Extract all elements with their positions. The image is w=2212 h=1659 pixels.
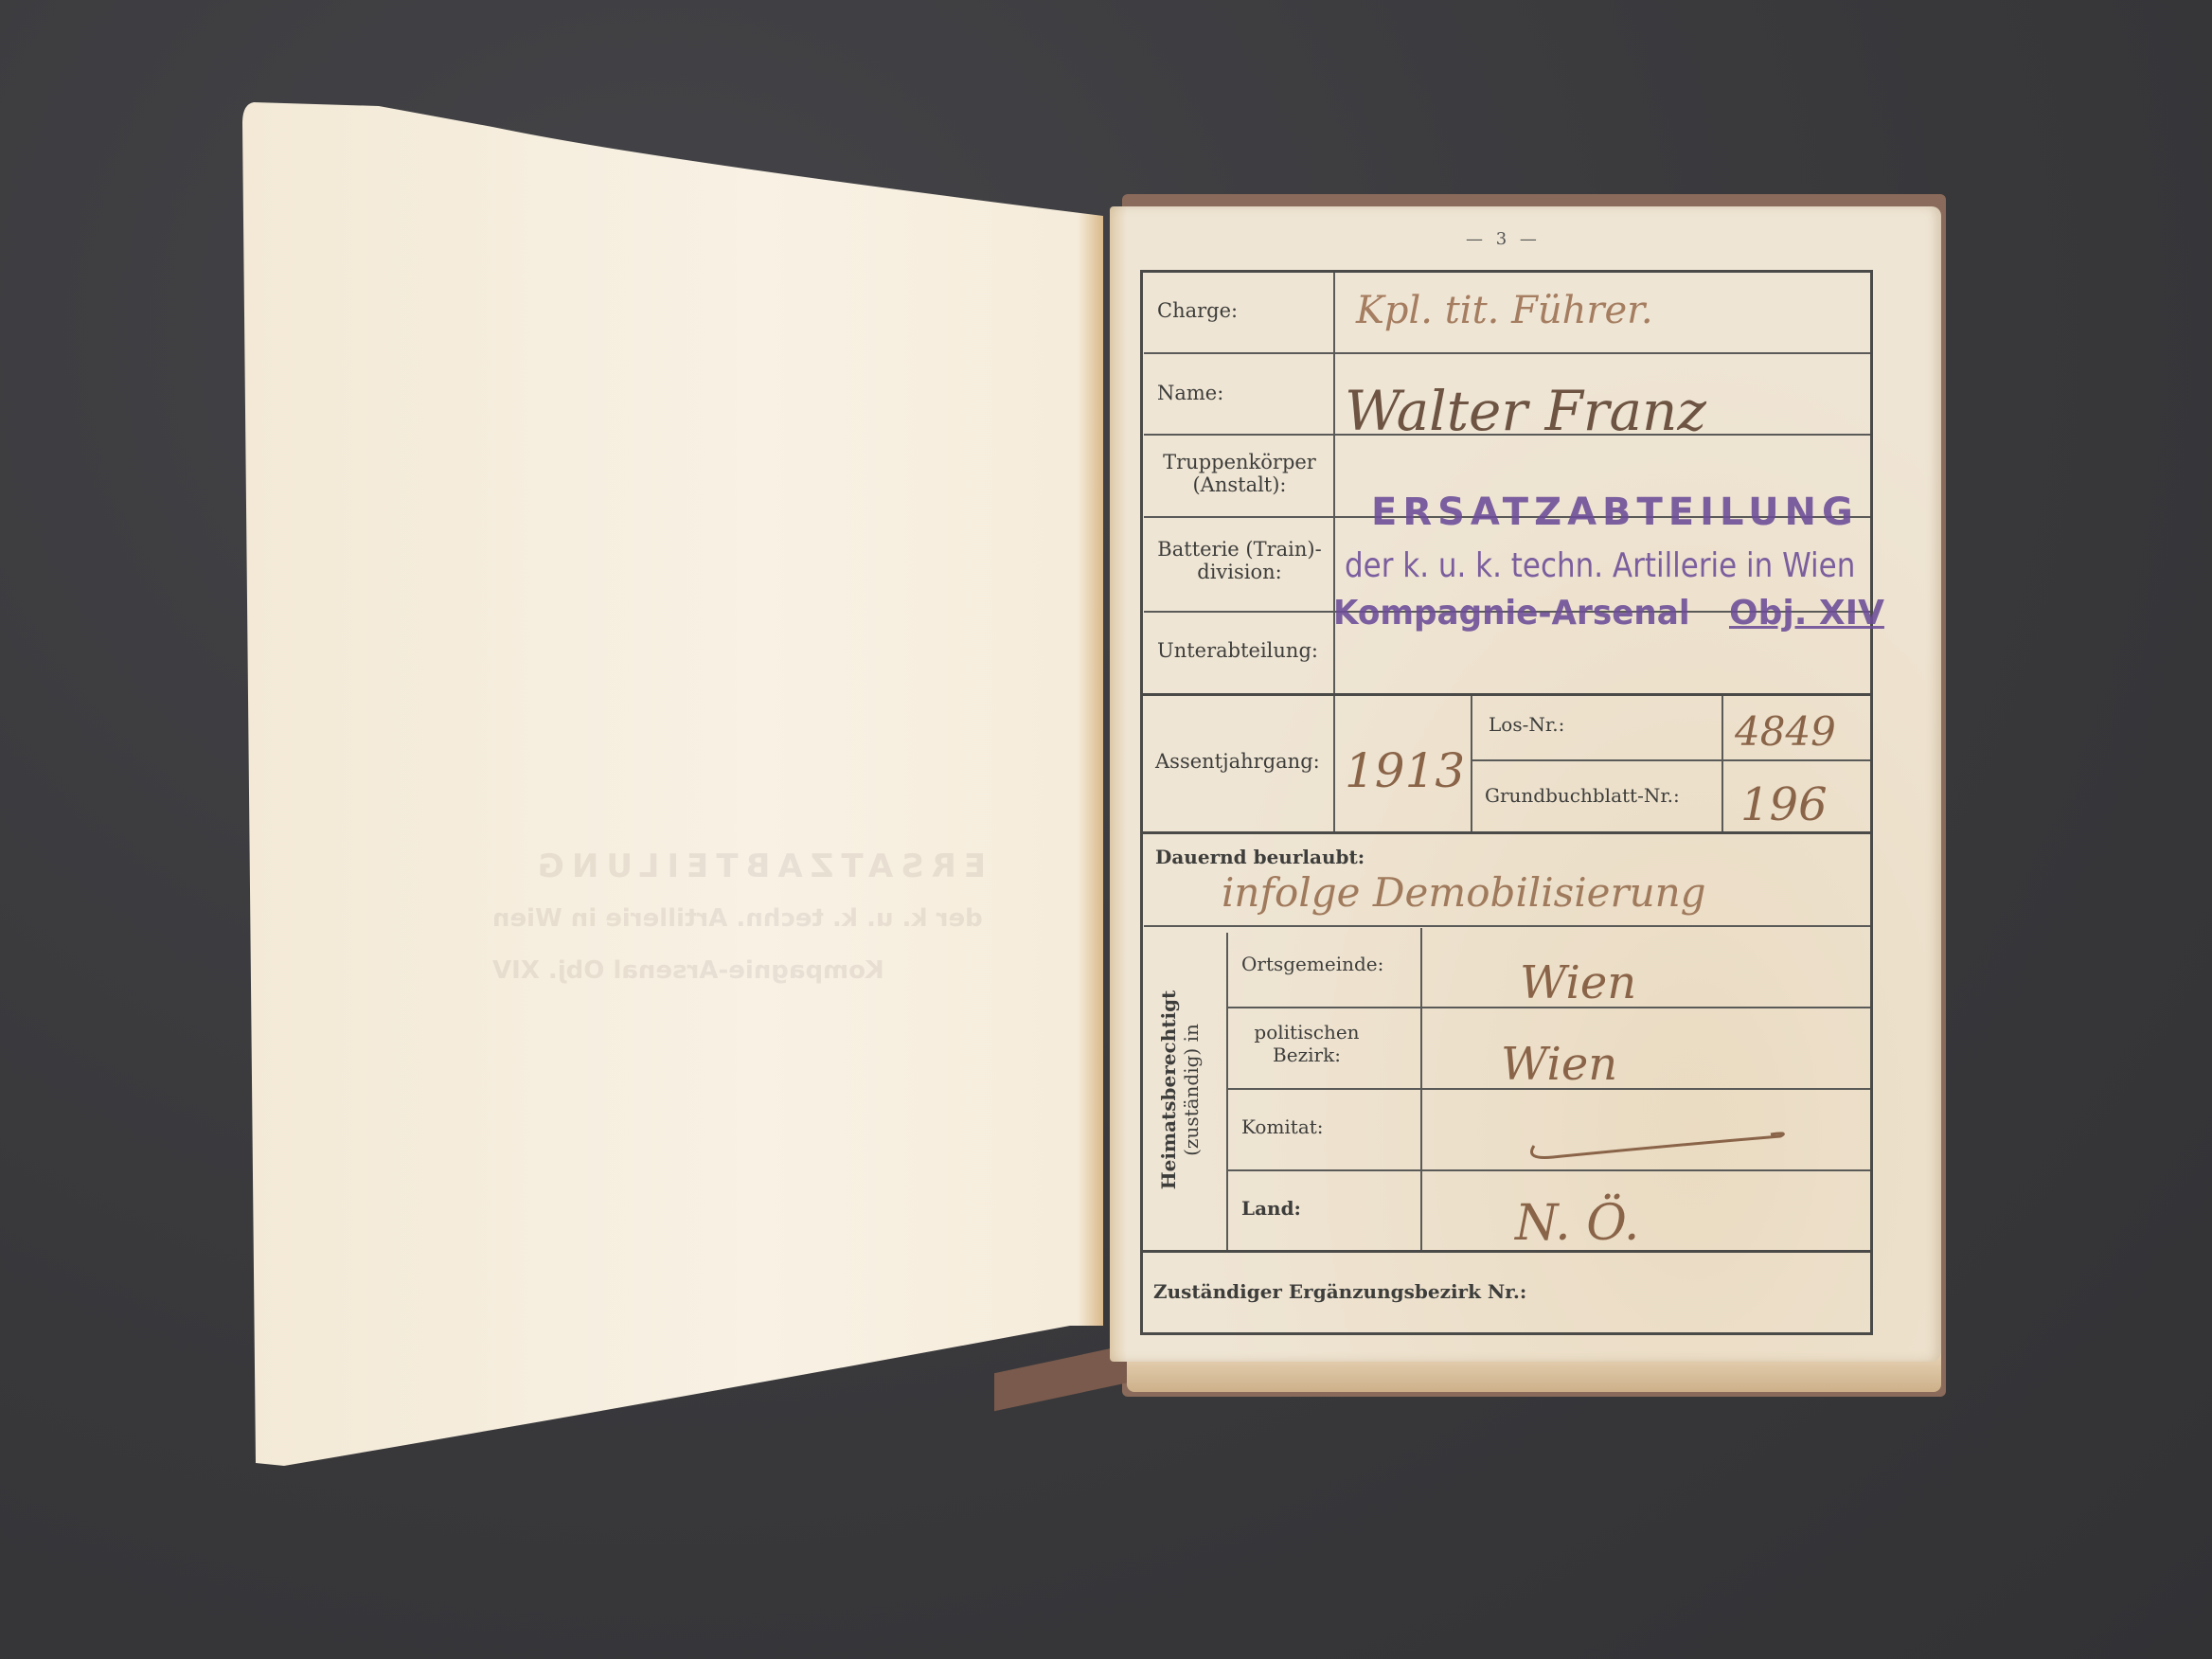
- land-value: N. Ö.: [1515, 1195, 1639, 1252]
- col-divider: [1471, 696, 1472, 831]
- charge-label: Charge:: [1157, 299, 1238, 322]
- politischen-bezirk-value: Wien: [1501, 1038, 1617, 1091]
- stamp-line-3: Kompagnie-Arsenal: [1333, 594, 1690, 633]
- stamp-line-3b: Obj. XIV: [1729, 594, 1884, 633]
- dauernd-beurlaubt-value: infolge Demobilisierung: [1222, 869, 1706, 916]
- truppenkoerper-label: Truppenkörper (Anstalt):: [1150, 451, 1329, 496]
- heimatsberechtigt-label: Heimatsberechtigt (zuständig) in: [1157, 967, 1206, 1213]
- name-value: Walter Franz: [1345, 379, 1706, 443]
- col-divider: [1721, 696, 1723, 831]
- politischen-bezirk-label: politischen Bezirk:: [1231, 1021, 1382, 1066]
- los-nr-label: Los-Nr.:: [1489, 713, 1564, 736]
- left-page-ghost-text-1: ERSATZABTEILUNG: [530, 847, 986, 885]
- col-divider: [1333, 696, 1335, 831]
- los-nr-value: 4849: [1735, 708, 1836, 755]
- assentjahrgang-label: Assentjahrgang:: [1155, 750, 1320, 773]
- komitat-value-dash: [1515, 1117, 1799, 1174]
- left-page-ghost-text-2: der k. u. k. techn. Artillerie in Wien: [492, 904, 983, 933]
- dauernd-beurlaubt-label: Dauernd beurlaubt:: [1155, 846, 1365, 868]
- batterie-label: Batterie (Train)- division:: [1148, 538, 1331, 583]
- name-label: Name:: [1157, 382, 1223, 404]
- ortsgemeinde-value: Wien: [1520, 956, 1636, 1009]
- row-divider: [1471, 759, 1870, 761]
- ortsgemeinde-label: Ortsgemeinde:: [1241, 953, 1383, 975]
- charge-value: Kpl. tit. Führer.: [1356, 289, 1653, 332]
- left-page-ghost-text-3: Kompagnie-Arsenal Obj. XIV: [492, 956, 884, 985]
- stamp-line-2: der k. u. k. techn. Artillerie in Wien: [1345, 546, 1855, 585]
- row-divider: [1142, 831, 1871, 834]
- ergaenzungsbezirk-label: Zuständiger Ergänzungsbezirk Nr.:: [1153, 1280, 1526, 1303]
- row-divider: [1142, 693, 1871, 696]
- col-divider: [1226, 933, 1228, 1250]
- col-divider: [1420, 928, 1422, 1250]
- komitat-label: Komitat:: [1241, 1115, 1324, 1138]
- row-divider: [1144, 352, 1870, 354]
- row-divider: [1142, 1250, 1871, 1253]
- grundbuchblatt-value: 196: [1740, 778, 1828, 831]
- stamp-line-1: ERSATZABTEILUNG: [1371, 491, 1859, 534]
- land-label: Land:: [1241, 1197, 1301, 1220]
- unterabteilung-label: Unterabteilung:: [1157, 639, 1318, 662]
- assentjahrgang-value: 1913: [1345, 743, 1465, 798]
- row-divider: [1144, 925, 1870, 927]
- grundbuchblatt-label: Grundbuchblatt-Nr.:: [1485, 784, 1680, 807]
- page-number: — 3 —: [1466, 229, 1541, 249]
